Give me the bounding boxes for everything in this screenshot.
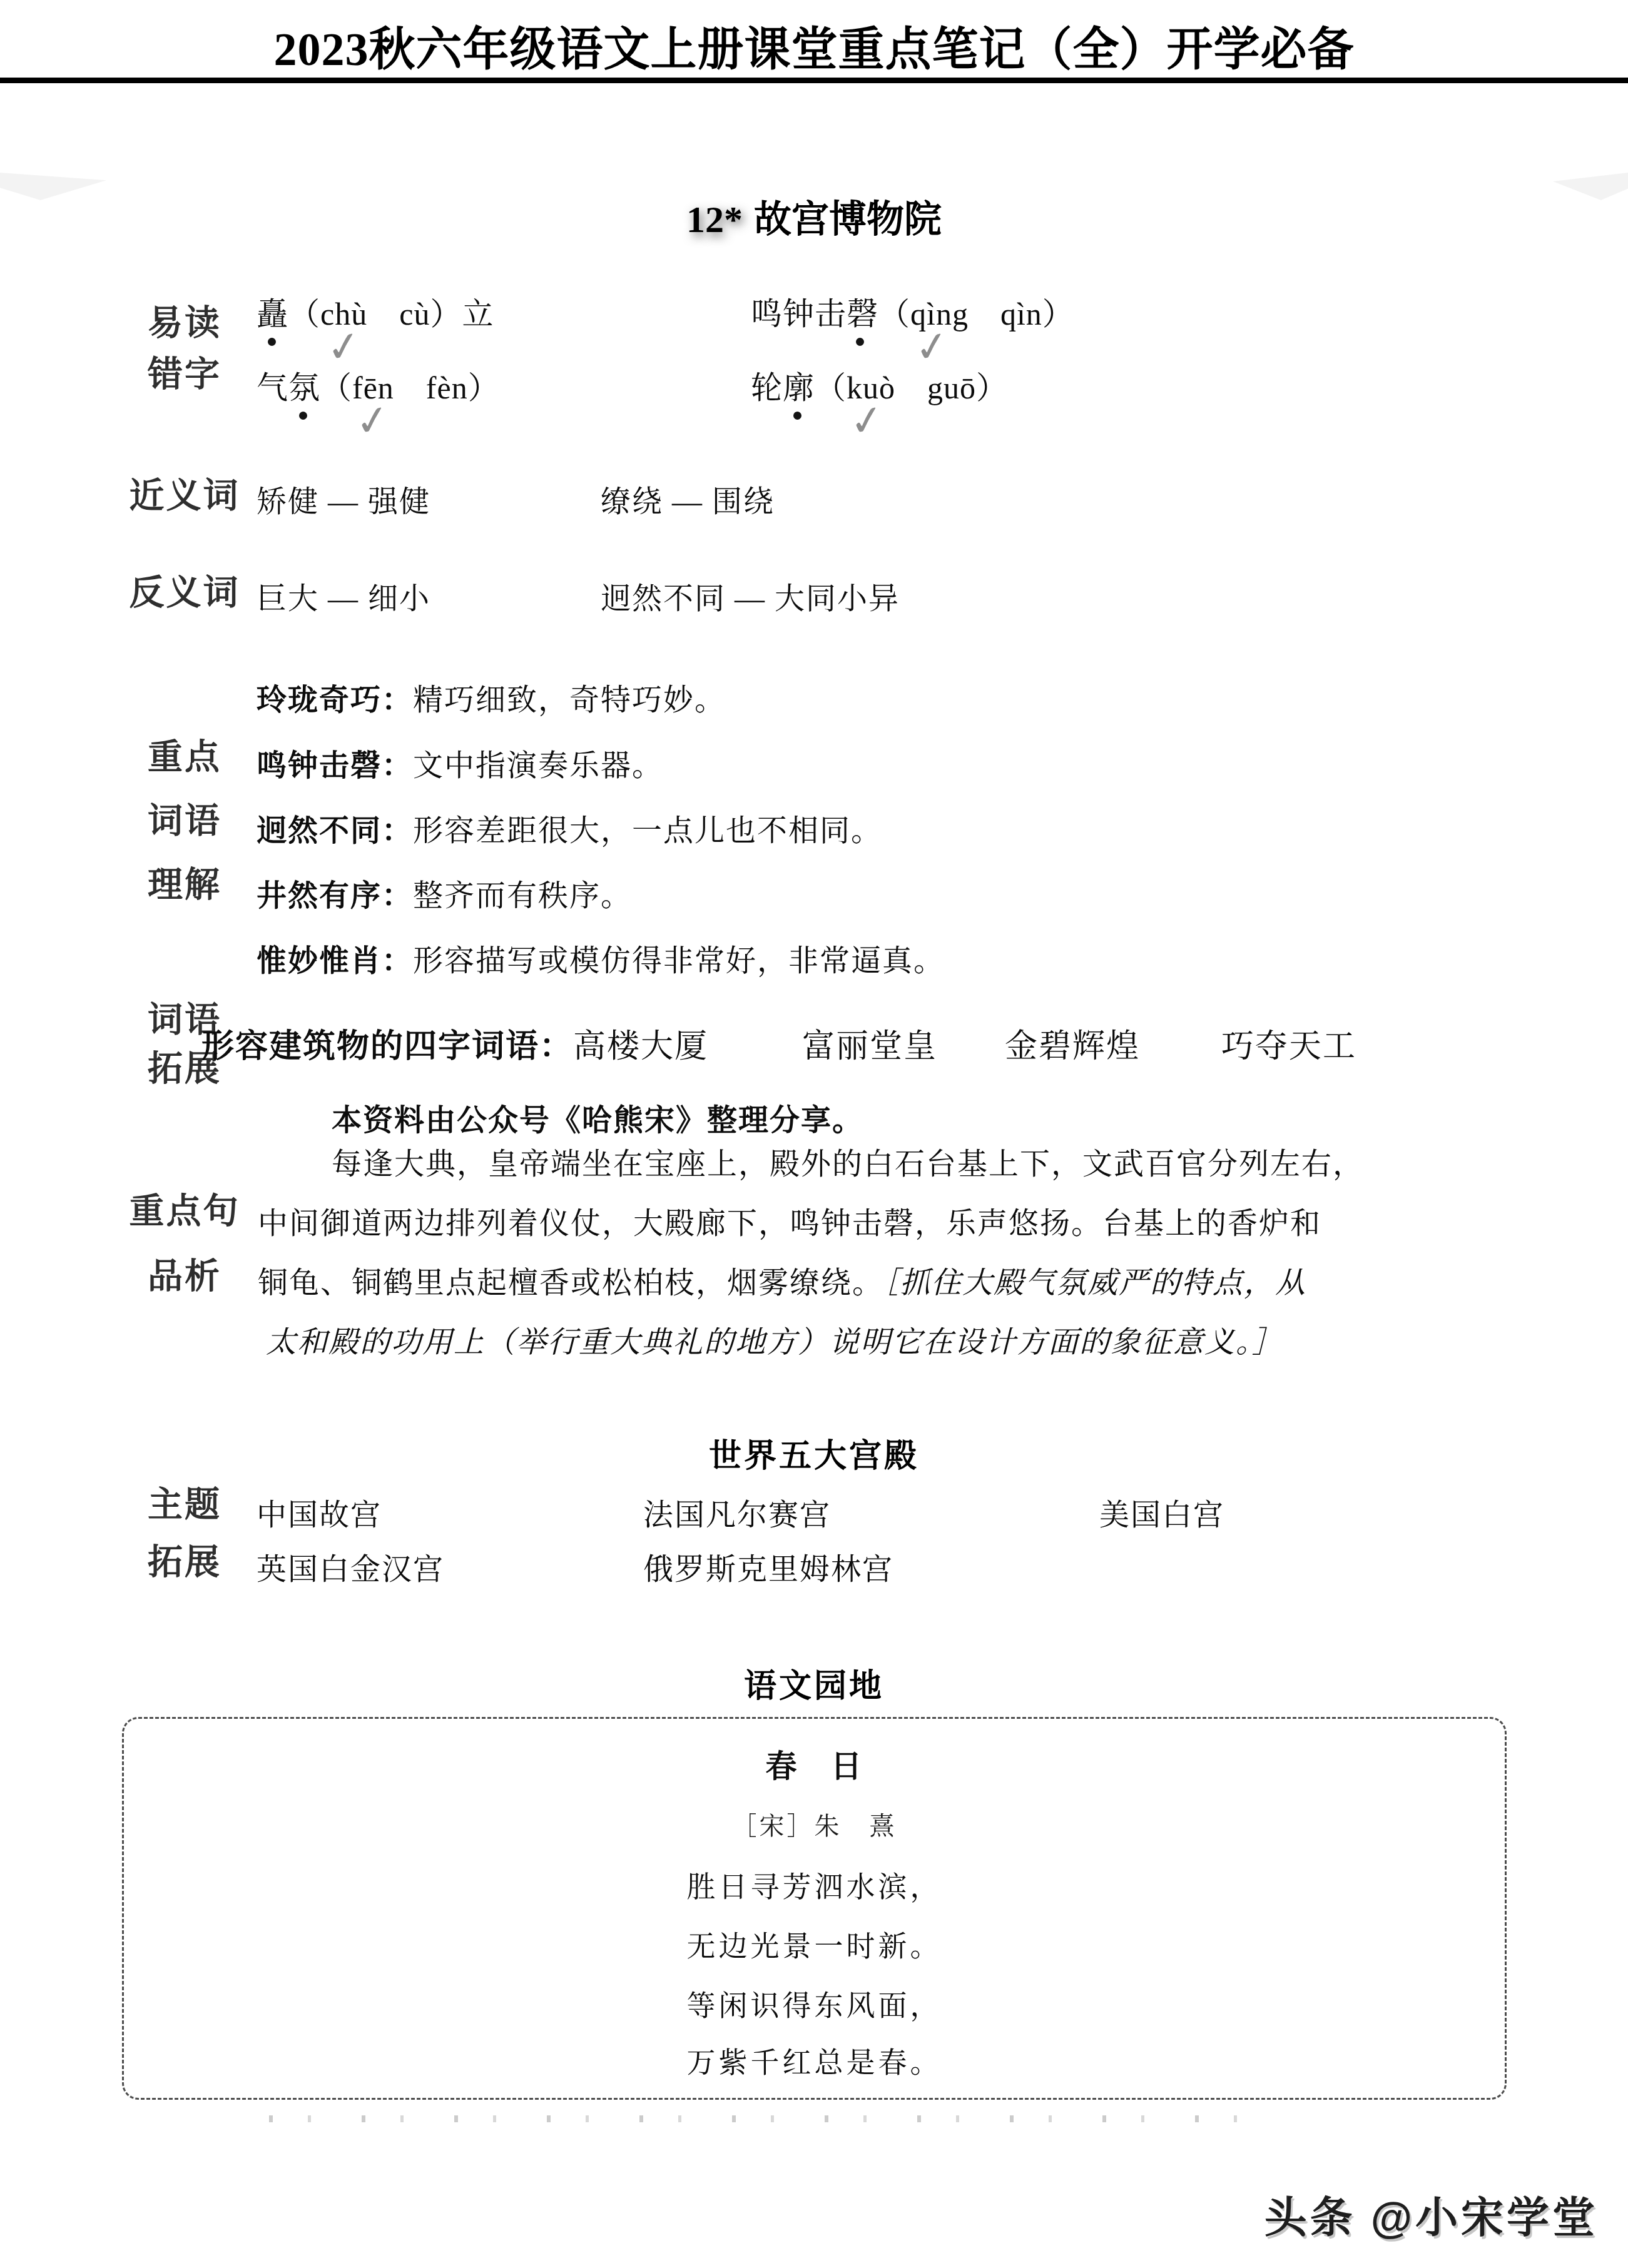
word-term: 惟妙惟肖：	[257, 944, 413, 978]
word-meaning: 整齐而有秩序。	[413, 879, 632, 913]
lesson-number: 12*	[686, 199, 743, 240]
poem-line: 胜日寻芳泗水滨，	[124, 1864, 1505, 1905]
palace-item: 法国凡尔赛宫	[643, 1491, 831, 1534]
poem-line: 万紫千红总是春。	[124, 2040, 1505, 2081]
poem-line: 无边光景一时新。	[124, 1923, 1505, 1965]
antonym-pair: 迥然不同 — 大同小异	[601, 574, 900, 617]
document-page: 2023秋六年级语文上册课堂重点笔记（全）开学必备 12*故宫博物院 易读 错字…	[0, 0, 1628, 2268]
antonym-pair: 巨大 — 细小	[257, 574, 430, 617]
idiom: 巧夺天工	[1221, 1029, 1356, 1065]
section-label-zhuti-tuozhan: 主题 拓展	[109, 1487, 260, 1602]
idiom: 富丽堂皇	[802, 1029, 937, 1065]
synonym-pair: 缭绕 — 围绕	[601, 477, 775, 520]
emphasis-dot	[856, 338, 864, 346]
analysis-line: 每逢大典，皇帝端坐在宝座上，殿外的白石台基上下，文武百官分列左右，	[332, 1140, 1364, 1183]
page-header-title: 2023秋六年级语文上册课堂重点笔记（全）开学必备	[0, 13, 1628, 79]
emphasis-dot	[268, 338, 276, 346]
synonym-pair: 矫健 — 强健	[257, 477, 430, 520]
word-definition: 井然有序：整齐而有秩序。	[257, 871, 632, 914]
word-definition: 玲珑奇巧：精巧细致，奇特巧妙。	[257, 676, 726, 719]
word-definition: 迥然不同：形容差距很大，一点儿也不相同。	[257, 806, 882, 849]
idiom-expansion-line: 形容建筑物的四字词语：高楼大厦富丽堂皇金碧辉煌巧夺天工	[201, 1020, 1356, 1066]
word-definition: 鸣钟击磬：文中指演奏乐器。	[257, 741, 663, 784]
palace-item: 俄罗斯克里姆林宫	[643, 1545, 893, 1588]
emphasis-dot	[793, 412, 801, 420]
analysis-line: 中间御道两边排列着仪仗，大殿廊下，鸣钟击磬，乐声悠扬。台基上的香炉和	[258, 1199, 1321, 1242]
lesson-title: 12*故宫博物院	[0, 190, 1628, 243]
section-label-jinyici: 近义词	[109, 478, 260, 513]
analysis-annotation: ［抓住大殿气氛威严的特点，从	[883, 1267, 1306, 1300]
pinyin-item: 鸣钟击磬（qìng qìn） ✓	[751, 289, 1074, 334]
word-meaning: 文中指演奏乐器。	[413, 749, 663, 782]
idiom-lead: 形容建筑物的四字词语：	[201, 1029, 573, 1065]
analysis-line: 铜龟、铜鹤里点起檀香或松柏枝，烟雾缭绕。［抓住大殿气氛威严的特点，从	[258, 1258, 1306, 1302]
poem-title: 春 日	[124, 1741, 1505, 1786]
word-term: 鸣钟击磬：	[257, 749, 413, 782]
source-notice: 本资料由公众号《哈熊宋》整理分享。	[332, 1096, 863, 1139]
pinyin-item: 气氛（fēn fèn） ✓	[257, 363, 500, 408]
word-meaning: 形容描写或模仿得非常好，非常逼真。	[413, 944, 945, 978]
word-meaning: 精巧细致，奇特巧妙。	[413, 684, 726, 717]
section-label-fanyici: 反义词	[109, 575, 260, 610]
pinyin-item: 轮廓（kuò guō） ✓	[751, 363, 1008, 408]
yuwen-yuandi-heading: 语文园地	[0, 1659, 1628, 1706]
lesson-title-text: 故宫博物院	[754, 199, 942, 240]
palace-item: 中国故宫	[257, 1491, 382, 1534]
idiom: 金碧辉煌	[1005, 1029, 1140, 1065]
palace-item: 美国白宫	[1099, 1491, 1224, 1534]
poem-box: 春 日 ［宋］朱 熹 胜日寻芳泗水滨， 无边光景一时新。 等闲识得东风面， 万紫…	[122, 1717, 1507, 2100]
header-divider	[0, 78, 1628, 83]
section-label-zhongdianju: 重点句 品析	[109, 1193, 260, 1324]
pinyin-item: 矗（chù cù）立 ✓	[257, 289, 494, 334]
word-term: 玲珑奇巧：	[257, 684, 413, 717]
checkmark-icon: ✓	[847, 398, 888, 443]
word-definition: 惟妙惟肖：形容描写或模仿得非常好，非常逼真。	[257, 936, 945, 980]
idiom: 高楼大厦	[573, 1029, 708, 1065]
footer-watermark: 头条 @小宋学堂	[1264, 2184, 1598, 2245]
palaces-heading: 世界五大宫殿	[0, 1429, 1628, 1476]
palace-item: 英国白金汉宫	[257, 1545, 444, 1588]
word-term: 迥然不同：	[257, 814, 413, 848]
checkmark-icon: ✓	[353, 398, 394, 443]
word-term: 井然有序：	[257, 879, 413, 913]
poem-line: 等闲识得东风面，	[124, 1983, 1505, 2024]
cut-off-text-fragments	[269, 2115, 1245, 2122]
section-label-yidu-cuozi: 易读 错字	[109, 305, 260, 408]
emphasis-dot	[299, 412, 307, 420]
analysis-annotation: 太和殿的功用上（举行重大典礼的地方）说明它在设计方面的象征意义。］	[266, 1318, 1283, 1361]
section-label-zhongdian-ciyu: 重点 词语 理解	[109, 739, 260, 931]
word-meaning: 形容差距很大，一点儿也不相同。	[413, 814, 882, 848]
poem-author: ［宋］朱 熹	[124, 1806, 1505, 1842]
